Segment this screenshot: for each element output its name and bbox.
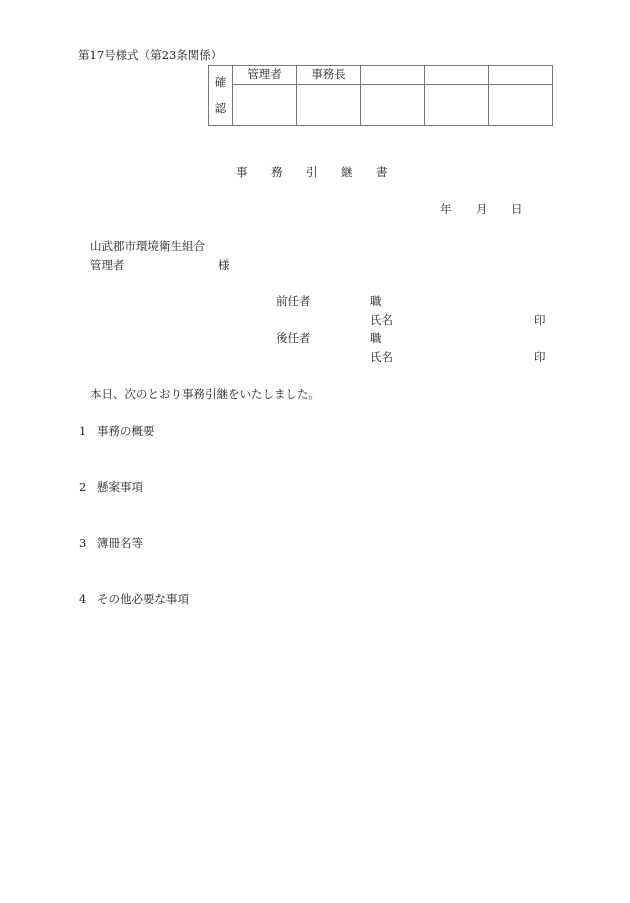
confirmation-table: 確 認 管理者 事務長 bbox=[208, 65, 553, 126]
addressee-title: 管理者 bbox=[90, 260, 125, 272]
seal-cell-blank-1 bbox=[361, 85, 425, 126]
successor-position-label: 職 bbox=[370, 333, 382, 345]
confirm-side-label: 確 認 bbox=[209, 66, 233, 126]
section-label-2: 懸案事項 bbox=[97, 482, 143, 494]
seal-cell-blank-3 bbox=[489, 85, 553, 126]
section-number-2: 2 bbox=[79, 482, 86, 494]
title-char-4: 継 bbox=[341, 167, 353, 179]
predecessor-position-label: 職 bbox=[370, 296, 382, 308]
header-cell-manager: 管理者 bbox=[233, 66, 297, 85]
date-year: 年 bbox=[440, 204, 452, 216]
date-day: 日 bbox=[511, 204, 523, 216]
predecessor-label: 前任者 bbox=[276, 296, 311, 308]
section-label-1: 事務の概要 bbox=[97, 426, 155, 438]
header-cell-blank-1 bbox=[361, 66, 425, 85]
section-number-3: 3 bbox=[79, 538, 86, 550]
seal-cell-manager bbox=[233, 85, 297, 126]
section-number-1: 1 bbox=[79, 426, 86, 438]
header-cell-blank-3 bbox=[489, 66, 553, 85]
section-label-4: その他必要な事項 bbox=[97, 594, 189, 606]
title-char-3: 引 bbox=[306, 167, 318, 179]
section-number-4: 4 bbox=[79, 594, 86, 606]
addressee-honorific: 様 bbox=[218, 260, 230, 272]
predecessor-seal-label: 印 bbox=[534, 315, 546, 327]
date-month: 月 bbox=[476, 204, 488, 216]
title-char-5: 書 bbox=[376, 167, 388, 179]
seal-cell-office-chief bbox=[297, 85, 361, 126]
seal-cell-blank-2 bbox=[425, 85, 489, 126]
header-cell-blank-2 bbox=[425, 66, 489, 85]
statement-text: 本日、次のとおり事務引継をいたしました。 bbox=[90, 389, 320, 401]
form-number: 第17号様式（第23条関係） bbox=[78, 50, 222, 62]
title-char-1: 事 bbox=[236, 167, 248, 179]
confirm-label-top: 確 bbox=[215, 77, 227, 89]
successor-seal-label: 印 bbox=[534, 352, 546, 364]
predecessor-name-label: 氏名 bbox=[370, 315, 393, 327]
successor-label: 後任者 bbox=[276, 333, 311, 345]
header-cell-office-chief: 事務長 bbox=[297, 66, 361, 85]
confirm-label-bottom: 認 bbox=[215, 103, 227, 115]
addressee-organization: 山武郡市環境衛生組合 bbox=[90, 241, 205, 253]
section-label-3: 簿冊名等 bbox=[97, 538, 143, 550]
title-char-2: 務 bbox=[271, 167, 283, 179]
successor-name-label: 氏名 bbox=[370, 352, 393, 364]
